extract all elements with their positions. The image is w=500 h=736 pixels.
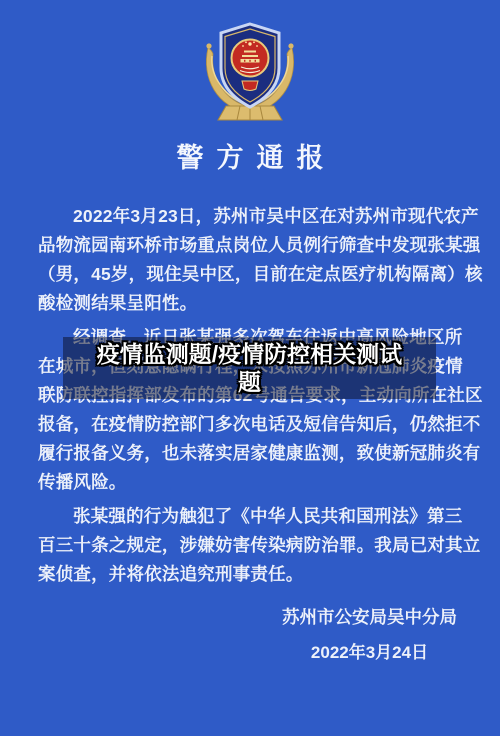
notice-line: 履行报备义务，也未落实居家健康监测，致使新冠肺炎有 — [38, 439, 464, 468]
notice-line: 案侦查，并将依法追究刑事责任。 — [38, 560, 464, 589]
signature-date: 2022年3月24日 — [282, 638, 457, 663]
overlay-watermark-banner: 疫情监测题/疫情防控相关测试 题 — [63, 337, 436, 399]
notice-title: 警方通报 — [0, 136, 500, 175]
notice-line: 品物流园南环桥市场重点岗位人员例行筛查中发现张某强 — [38, 231, 464, 260]
paragraph-3: 张某强的行为触犯了《中华人民共和国刑法》第三 百三十条之规定，涉嫌妨害传染病防治… — [38, 502, 464, 589]
notice-line: 张某强的行为触犯了《中华人民共和国刑法》第三 — [38, 502, 464, 531]
notice-line: 传播风险。 — [38, 468, 464, 497]
police-notice-poster: 警方通报 2022年3月23日，苏州市吴中区在对苏州市现代农产 品物流园南环桥市… — [0, 0, 500, 736]
notice-line: （男，45岁，现住吴中区，目前在定点医疗机构隔离）核 — [38, 260, 464, 289]
overlay-banner-text-line1: 疫情监测题/疫情防控相关测试 — [63, 340, 436, 368]
police-emblem-icon — [193, 18, 307, 122]
notice-line: 酸检测结果呈阳性。 — [38, 289, 464, 318]
overlay-banner-text-line2: 题 — [63, 368, 436, 396]
signature-block: 苏州市公安局吴中分局 2022年3月24日 — [282, 604, 457, 663]
notice-line: 报备，在疫情防控部门多次电话及短信告知后，仍然拒不 — [38, 410, 464, 439]
notice-line: 百三十条之规定，涉嫌妨害传染病防治罪。我局已对其立 — [38, 531, 464, 560]
signature-agency: 苏州市公安局吴中分局 — [282, 604, 457, 629]
notice-line: 2022年3月23日，苏州市吴中区在对苏州市现代农产 — [38, 202, 464, 231]
paragraph-1: 2022年3月23日，苏州市吴中区在对苏州市现代农产 品物流园南环桥市场重点岗位… — [38, 202, 464, 318]
